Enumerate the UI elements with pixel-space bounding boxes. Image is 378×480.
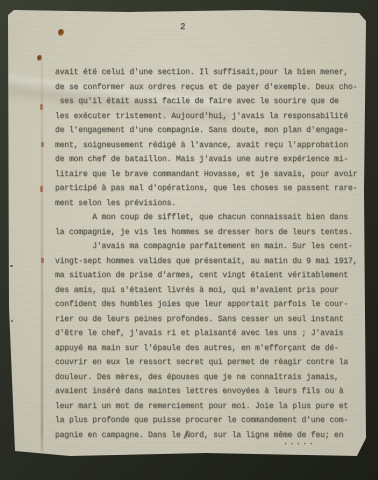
text-line: couvrir en eux le ressort secret qui per… bbox=[55, 356, 361, 371]
text-line: A mon coup de sifflet, que chacun connai… bbox=[55, 211, 361, 226]
crease-speck bbox=[40, 186, 43, 192]
text-line: de l'engagement d'une compagnie. Sans do… bbox=[55, 124, 361, 139]
crease-speck bbox=[41, 258, 44, 263]
text-line: la compagnie, je vis les hommes se dress… bbox=[55, 226, 361, 241]
text-line: participé à pas mal d'opérations, que le… bbox=[55, 182, 361, 197]
edge-mark bbox=[10, 265, 13, 267]
text-line: appuyé ma main sur l'épaule des autres, … bbox=[55, 342, 361, 357]
text-line: les exécuter tristement. Aujourd'hui, j'… bbox=[55, 110, 361, 125]
page-number: 2 bbox=[180, 22, 185, 32]
text-line: la plus profonde que puisse procurer le … bbox=[55, 414, 361, 429]
text-line: rier ou de leurs peines profondes. Sans … bbox=[55, 313, 361, 328]
crease-speck bbox=[41, 142, 44, 147]
text-line: des amis, qui s'étaient livrés à moi, qu… bbox=[55, 284, 361, 299]
end-ellipsis: ..... bbox=[283, 438, 315, 447]
text-line: de se conformer aux ordres reçus et de p… bbox=[55, 81, 361, 96]
text-line: vingt-sept hommes valides que présentait… bbox=[55, 255, 361, 270]
stain-spot bbox=[58, 29, 64, 36]
edge-mark bbox=[11, 320, 13, 322]
text-line: confident des humbles joies que leur app… bbox=[55, 298, 361, 313]
text-line: ment selon les prévisions. bbox=[55, 197, 361, 212]
text-line: de mon chef de bataillon. Mais j'avais u… bbox=[55, 153, 361, 168]
document-page: 2 avait été celui d'une section. Il suff… bbox=[8, 10, 366, 456]
text-line: avaient inséré dans maintes lettres envo… bbox=[55, 385, 361, 400]
text-line: J'avais ma compagnie parfaitement en mai… bbox=[55, 240, 361, 255]
text-line: pagnie en campagne. Dans le Nord, sur la… bbox=[55, 429, 361, 444]
text-line: douleur. Des mères, des épouses que je n… bbox=[55, 371, 361, 386]
text-line: ma situation de prise d'armes, cent ving… bbox=[55, 269, 361, 284]
scan-background: 2 avait été celui d'une section. Il suff… bbox=[0, 0, 378, 480]
typewritten-body: avait été celui d'une section. Il suffis… bbox=[55, 66, 361, 443]
text-line: leur mari un mot de remerciement pour mo… bbox=[55, 400, 361, 415]
text-line: ses qu'il était aussi facile de faire av… bbox=[55, 95, 361, 110]
text-line: ment, soigneusement rédigé à l'avance, a… bbox=[55, 139, 361, 154]
text-line: litaire que le brave commandant Hovasse,… bbox=[55, 168, 361, 183]
fold-line bbox=[41, 60, 43, 452]
text-line: avait été celui d'une section. Il suffis… bbox=[55, 66, 361, 81]
crease-speck bbox=[40, 104, 43, 110]
text-line: d'être le chef, j'avais ri et plaisanté … bbox=[55, 327, 361, 342]
